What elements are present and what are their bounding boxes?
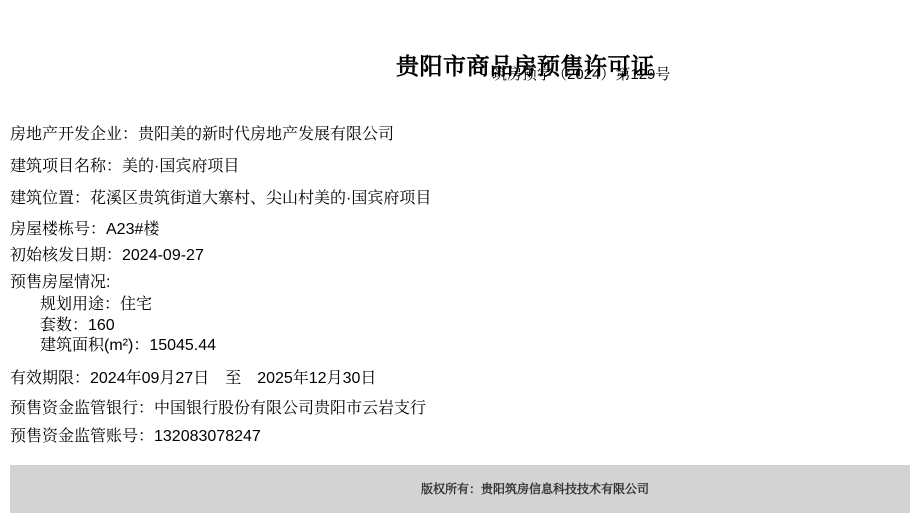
field-building-number: 房屋楼栋号：A23#楼 <box>10 221 159 238</box>
copyright-text: 版权所有：贵阳筑房信息科技技术有限公司 <box>421 480 649 497</box>
field-floor-area: 建筑面积(m²)：15045.44 <box>40 337 216 354</box>
field-project-name: 建筑项目名称：美的·国宾府项目 <box>10 158 239 175</box>
field-presale-housing-header: 预售房屋情况: <box>10 274 110 291</box>
field-initial-issue-date: 初始核发日期：2024-09-27 <box>10 247 204 264</box>
field-supervision-account: 预售资金监管账号：132083078247 <box>10 428 261 445</box>
field-developer: 房地产开发企业：贵阳美的新时代房地产发展有限公司 <box>10 126 394 143</box>
field-planned-use: 规划用途：住宅 <box>40 296 152 313</box>
field-validity-period: 有效期限：2024年09月27日 至 2025年12月30日 <box>10 370 376 387</box>
footer-bar: 版权所有：贵阳筑房信息科技技术有限公司 <box>10 465 910 513</box>
field-supervision-bank: 预售资金监管银行：中国银行股份有限公司贵阳市云岩支行 <box>10 400 426 417</box>
field-unit-count: 套数：160 <box>40 317 115 334</box>
field-location: 建筑位置：花溪区贵筑街道大寨村、尖山村美的·国宾府项目 <box>10 190 431 207</box>
document-number: 筑房预字（2024）第129号 <box>492 63 670 84</box>
